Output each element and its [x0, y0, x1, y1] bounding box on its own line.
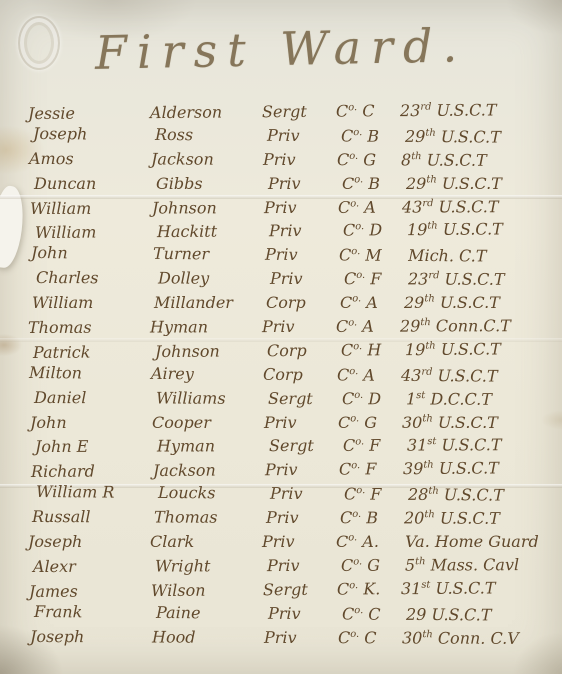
regiment-ordinal: st [416, 390, 425, 401]
regiment-unit: U.S.C.T [441, 127, 501, 146]
regiment-unit: U.S.C.T [440, 293, 500, 312]
roster-row: John Cooper Priv Co. G 30th U.S.C.T [30, 413, 552, 437]
company-prefix: C [337, 365, 349, 384]
company-letter: D [368, 389, 381, 408]
company: Co. A [336, 317, 400, 336]
rank: Priv [264, 197, 338, 216]
company-prefix: C [336, 317, 348, 336]
surname: Cooper [152, 413, 264, 432]
regiment: 43rd U.S.C.T [402, 197, 552, 217]
regiment-unit: U.S.C.T [442, 174, 502, 193]
company-prefix-sup: o. [353, 556, 362, 567]
regiment-number: 20 [404, 509, 424, 528]
rank: Sergt [269, 436, 343, 455]
regiment: 30th U.S.C.T [402, 413, 552, 432]
regiment-number: 29 [406, 174, 426, 193]
surname: Turner [153, 244, 265, 264]
first-name: William [30, 198, 152, 217]
company-prefix-sup: o. [349, 580, 358, 591]
company: Co. C [342, 604, 406, 623]
regiment-ordinal: th [424, 509, 434, 520]
regiment-unit: U.S.C.T [441, 339, 501, 358]
regiment-ordinal: th [427, 221, 437, 232]
company-prefix: C [336, 102, 348, 121]
surname: Hyman [150, 317, 262, 336]
rank: Sergt [263, 579, 337, 599]
regiment-ordinal: rd [420, 102, 431, 113]
company: Co. D [342, 389, 406, 408]
regiment: 19th U.S.C.T [405, 339, 555, 359]
regiment-number: 39 [403, 459, 424, 478]
company: Co. B [341, 126, 405, 145]
rank: Corp [267, 341, 341, 361]
regiment: 1st D.C.C.T [406, 389, 556, 409]
regiment-unit: Va. Home Guard [405, 532, 539, 551]
company: Co. C [338, 628, 402, 647]
first-name: John [30, 413, 152, 432]
regiment-number: 19 [407, 220, 428, 239]
company-prefix-sup: o. [354, 605, 363, 616]
roster-row: John E Hyman Sergt Co. F 31st U.S.C.T [35, 435, 557, 461]
company-prefix-sup: o. [348, 533, 357, 544]
regiment-ordinal: th [422, 629, 432, 640]
regiment-unit: U.S.C.T [436, 100, 496, 119]
regiment-ordinal: rd [428, 270, 439, 281]
torn-edge [0, 185, 27, 270]
regiment: 23rd U.S.C.T [400, 100, 550, 120]
surname: Alderson [150, 102, 262, 122]
regiment-number: 29 [405, 127, 426, 146]
company-letter: D [369, 221, 382, 240]
company: Co. G [341, 555, 405, 574]
surname: Dolley [158, 269, 270, 288]
roster-row: Duncan Gibbs Priv Co. B 29th U.S.C.T [34, 174, 556, 198]
company-prefix: C [337, 150, 349, 169]
company-prefix: C [341, 340, 353, 359]
regiment: 29 U.S.C.T [406, 605, 556, 625]
company-letter: C [368, 604, 380, 623]
first-name: Amos [29, 149, 151, 168]
regiment-ordinal: th [425, 340, 435, 351]
rank: Sergt [262, 102, 336, 122]
first-name: Alexr [33, 556, 155, 575]
regiment: 29th U.S.C.T [405, 127, 555, 147]
company-prefix: C [339, 246, 351, 265]
first-name: James [29, 581, 151, 601]
company-letter: F [365, 460, 376, 479]
company-letter: G [367, 556, 380, 575]
company-prefix: C [343, 221, 355, 240]
company-prefix-sup: o. [349, 366, 358, 377]
surname: Clark [150, 532, 262, 551]
regiment-unit: U.S.C.T [427, 150, 487, 169]
first-name: Jessie [28, 103, 150, 123]
company: Co. H [341, 340, 405, 359]
regiment-unit: U.S.C.T [431, 605, 491, 624]
first-name: Thomas [28, 318, 150, 337]
regiment: 29th U.S.C.T [404, 293, 554, 312]
regiment-ordinal: th [411, 151, 421, 162]
company-prefix: C [342, 174, 354, 193]
surname: Loucks [158, 483, 270, 503]
regiment-number: 23 [400, 101, 421, 120]
surname: Ross [155, 125, 267, 145]
rank: Priv [265, 460, 339, 480]
surname: Hyman [157, 437, 269, 456]
roster-row: Alexr Wright Priv Co. G 5th Mass. Cavl [33, 555, 555, 581]
first-name: William [35, 223, 157, 243]
company-prefix: C [344, 485, 356, 504]
roster-row: Milton Airey Corp Co. A 43rd U.S.C.T [29, 363, 551, 391]
regiment-unit: Mass. Cavl [431, 555, 520, 574]
regiment-number: 29 [400, 317, 420, 336]
company-letter: B [366, 508, 378, 527]
company-letter: F [370, 270, 381, 289]
regiment-ordinal: th [424, 294, 434, 305]
company-letter: C [364, 628, 376, 647]
company-prefix: C [338, 197, 350, 216]
regiment: Va. Home Guard [400, 532, 550, 551]
regiment: 29th U.S.C.T [406, 174, 556, 193]
regiment-number: 23 [408, 270, 428, 289]
company: Co. C [336, 101, 400, 120]
regiment: 19th U.S.C.T [407, 219, 557, 239]
regiment-number: 29 [406, 605, 427, 624]
roster-row: James Wilson Sergt Co. K. 31st U.S.C.T [29, 578, 551, 606]
first-name: John E [35, 437, 157, 456]
regiment-unit: U.S.C.T [438, 197, 498, 216]
company: Co. G [338, 413, 402, 432]
regiment-unit: U.S.C.T [435, 578, 495, 597]
rank: Priv [267, 126, 341, 146]
surname: Wright [155, 556, 267, 575]
surname: Airey [151, 364, 263, 384]
first-name: Frank [34, 602, 156, 622]
regiment: 43rd U.S.C.T [401, 366, 551, 386]
company-prefix-sup: o. [350, 628, 359, 639]
roster-row: Russall Thomas Priv Co. B 20th U.S.C.T [32, 507, 554, 533]
first-name: Patrick [33, 342, 155, 362]
first-name: Russall [32, 507, 154, 526]
first-name: Milton [29, 363, 151, 383]
roster-row: Thomas Hyman Priv Co. A 29th Conn.C.T [28, 316, 550, 342]
company-prefix-sup: o. [348, 317, 357, 328]
regiment-number: 28 [408, 485, 429, 504]
company-prefix-sup: o. [353, 341, 362, 352]
company-letter: A. [362, 532, 379, 551]
first-name: Charles [36, 268, 158, 287]
roster-row: Amos Jackson Priv Co. G 8th U.S.C.T [29, 149, 551, 175]
company: Co. F [343, 436, 407, 455]
regiment-unit: U.S.C.T [438, 413, 498, 432]
company-letter: K. [363, 579, 380, 598]
company: Co. F [344, 485, 408, 504]
company-prefix-sup: o. [353, 127, 362, 138]
rank: Priv [264, 627, 338, 646]
surname: Millander [154, 293, 266, 312]
surname: Williams [156, 388, 268, 407]
regiment-ordinal: th [428, 486, 438, 497]
regiment: 5th Mass. Cavl [405, 555, 555, 575]
surname: Jackson [153, 461, 265, 481]
page-title: First Ward. [0, 16, 562, 82]
company-letter: B [368, 174, 380, 193]
regiment-unit: U.S.C.T [444, 485, 504, 504]
company: Co. A. [336, 532, 400, 551]
surname: Paine [156, 603, 268, 623]
company: Co. A [338, 197, 402, 216]
company: Co. A [340, 293, 404, 312]
regiment-number: 30 [402, 628, 422, 647]
rank: Priv [266, 508, 340, 527]
company: Co. F [339, 460, 403, 479]
regiment: 39th U.S.C.T [403, 458, 553, 478]
regiment: 29th Conn.C.T [400, 316, 550, 336]
regiment-unit: U.S.C.T [445, 270, 505, 289]
regiment: 20th U.S.C.T [404, 509, 554, 529]
company-letter: A [363, 365, 375, 384]
company-prefix-sup: o. [355, 222, 364, 233]
company-letter: A [362, 317, 374, 336]
company-letter: F [370, 485, 381, 504]
company-prefix: C [340, 508, 352, 527]
company-prefix-sup: o. [356, 270, 365, 281]
company-letter: B [367, 126, 379, 145]
regiment-ordinal: th [426, 174, 436, 185]
surname: Johnson [152, 198, 264, 217]
regiment-unit: U.S.C.T [437, 366, 497, 385]
surname: Thomas [154, 508, 266, 527]
roster-row: Frank Paine Priv Co. C 29 U.S.C.T [34, 602, 556, 630]
company-prefix-sup: o. [352, 509, 361, 520]
regiment-unit: Conn.C.T [436, 316, 511, 335]
regiment-number: 5 [405, 555, 415, 574]
rank: Sergt [268, 389, 342, 408]
surname: Johnson [155, 341, 267, 361]
rank: Priv [265, 245, 339, 265]
regiment-number: 8 [401, 150, 411, 169]
first-name: Joseph [33, 124, 155, 144]
company: Co. G [337, 150, 401, 169]
roster-row: Daniel Williams Sergt Co. D 1st D.C.C.T [34, 388, 556, 414]
regiment-ordinal: th [415, 556, 425, 567]
regiment-unit: U.S.C.T [439, 459, 499, 478]
first-name: Richard [31, 461, 153, 481]
company-prefix: C [336, 532, 348, 551]
rank: Priv [262, 317, 336, 336]
company-prefix: C [342, 604, 354, 623]
company: Co. K. [337, 579, 401, 598]
roster-row: Charles Dolley Priv Co. F 23rd U.S.C.T [36, 268, 558, 294]
regiment-unit: Mich. C.T [408, 246, 487, 266]
rank: Priv [270, 269, 344, 288]
company-letter: A [364, 197, 376, 216]
roster-row: William Millander Corp Co. A 29th U.S.C.… [32, 293, 554, 317]
rank: Priv [263, 150, 337, 169]
company: Co. F [344, 269, 408, 288]
regiment-unit: U.S.C.T [440, 509, 500, 528]
roster-row: Joseph Clark Priv Co. A. Va. Home Guard [28, 532, 550, 556]
rank: Priv [269, 221, 343, 241]
rank: Priv [270, 484, 344, 504]
surname: Jackson [151, 149, 263, 168]
regiment-number: 19 [405, 340, 426, 359]
first-name: William R [36, 482, 158, 502]
regiment-number: 1 [406, 389, 416, 408]
company-prefix: C [340, 293, 352, 312]
rank: Priv [268, 174, 342, 193]
regiment-unit: U.S.C.T [443, 220, 503, 239]
company-letter: H [367, 340, 381, 359]
rank: Priv [264, 413, 338, 432]
regiment-ordinal: th [420, 317, 430, 328]
regiment-ordinal: st [421, 579, 430, 590]
regiment: 30th Conn. C.V [402, 628, 552, 648]
regiment-ordinal: th [423, 460, 433, 471]
company-letter: A [366, 293, 378, 312]
company-prefix-sup: o. [354, 174, 363, 185]
company-prefix-sup: o. [351, 461, 360, 472]
rank: Priv [267, 556, 341, 575]
regiment: 31st U.S.C.T [401, 578, 551, 598]
company-letter: M [365, 246, 382, 265]
company-letter: G [364, 413, 377, 432]
company-prefix: C [344, 269, 356, 288]
first-name: William [32, 293, 154, 312]
regiment: 28th U.S.C.T [408, 485, 558, 505]
regiment-number: 31 [401, 579, 422, 598]
regiment-number: 43 [401, 366, 422, 385]
regiment: 23rd U.S.C.T [408, 270, 558, 290]
first-name: Daniel [34, 388, 156, 407]
company: Co. D [343, 221, 407, 240]
roster-row: Patrick Johnson Corp Co. H 19th U.S.C.T [33, 339, 555, 367]
surname: Gibbs [156, 174, 268, 193]
document-scan: First Ward. Jessie Alderson Sergt Co. C … [0, 0, 562, 674]
company-prefix-sup: o. [356, 485, 365, 496]
company-prefix-sup: o. [350, 198, 359, 209]
company-prefix: C [342, 389, 354, 408]
company-letter: G [363, 150, 376, 169]
regiment-ordinal: st [427, 437, 436, 448]
rank: Priv [268, 603, 342, 623]
roster: Jessie Alderson Sergt Co. C 23rd U.S.C.T… [32, 102, 554, 651]
company-prefix-sup: o. [349, 151, 358, 162]
company: Co. B [342, 174, 406, 193]
company-prefix: C [341, 126, 353, 145]
regiment-number: 31 [407, 436, 427, 455]
company-prefix-sup: o. [354, 390, 363, 401]
surname: Hackitt [157, 222, 269, 242]
regiment: 31st U.S.C.T [407, 435, 557, 455]
rank: Priv [262, 532, 336, 551]
company-prefix-sup: o. [355, 437, 364, 448]
regiment-ordinal: rd [422, 198, 433, 209]
company: Co. B [340, 508, 404, 527]
company-prefix-sup: o. [348, 102, 357, 113]
regiment-number: 43 [402, 197, 422, 216]
regiment-number: 30 [402, 413, 422, 432]
rank: Corp [263, 365, 337, 385]
company-prefix: C [341, 556, 353, 575]
regiment: Mich. C.T [403, 246, 553, 266]
surname: Wilson [151, 580, 263, 600]
company: Co. M [339, 246, 403, 265]
company-letter: F [369, 436, 380, 455]
roster-row: Joseph Hood Priv Co. C 30th Conn. C.V [30, 627, 552, 653]
company-prefix: C [338, 413, 350, 432]
company: Co. A [337, 365, 401, 384]
first-name: Duncan [34, 174, 156, 193]
roster-row: William R Loucks Priv Co. F 28th U.S.C.T [36, 482, 558, 510]
regiment-ordinal: th [425, 128, 435, 139]
roster-row: Joseph Ross Priv Co. B 29th U.S.C.T [33, 124, 555, 152]
roster-row: John Turner Priv Co. M Mich. C.T [31, 243, 553, 271]
regiment-ordinal: rd [421, 366, 432, 377]
first-name: John [31, 243, 153, 263]
company-prefix: C [339, 460, 351, 479]
first-name: Joseph [30, 627, 152, 646]
regiment-ordinal: th [422, 413, 432, 424]
company-prefix-sup: o. [351, 246, 360, 257]
company-prefix: C [343, 436, 355, 455]
regiment-unit: Conn. C.V [438, 628, 519, 647]
company-prefix: C [338, 628, 350, 647]
company-letter: C [362, 101, 374, 120]
surname: Hood [152, 627, 264, 646]
company-prefix-sup: o. [352, 294, 361, 305]
first-name: Joseph [28, 532, 150, 551]
regiment: 8th U.S.C.T [401, 150, 551, 170]
regiment-unit: D.C.C.T [430, 389, 492, 408]
regiment-unit: U.S.C.T [441, 436, 501, 455]
regiment-number: 29 [404, 293, 424, 312]
company-prefix-sup: o. [350, 413, 359, 424]
roster-row: William Johnson Priv Co. A 43rd U.S.C.T [30, 197, 552, 223]
company-prefix: C [337, 579, 349, 598]
rank: Corp [266, 293, 340, 312]
